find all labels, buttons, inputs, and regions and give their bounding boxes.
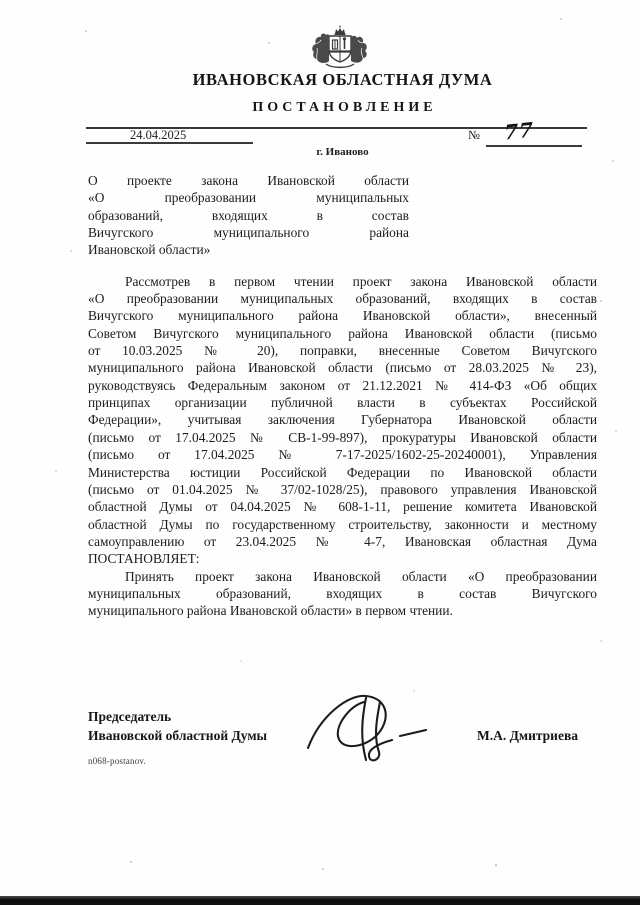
signer-position-line: Председатель — [88, 708, 267, 727]
title-line: «О преобразовании муниципальных — [88, 189, 409, 206]
number-sign-label: № — [468, 128, 480, 143]
paragraph-preamble: Рассмотрев в первом чтении проект закона… — [88, 273, 597, 568]
body-line: областной Думы от 04.04.2025 № 608-1-11,… — [88, 498, 597, 515]
body-line: (письмо от 17.04.2025 № СВ-1-99-897), пр… — [88, 429, 597, 446]
body-line: Министерства юстиции Российской Федераци… — [88, 464, 597, 481]
scan-edge-artifact — [0, 896, 640, 905]
scanned-document-page: ИВАНОВСКАЯ ОБЛАСТНАЯ ДУМА ПОСТАНОВЛЕНИЕ … — [0, 0, 640, 905]
body-line: областной Думы по государственному строи… — [88, 516, 597, 533]
paragraph-gap — [88, 259, 597, 273]
body-line: муниципального района Ивановской области… — [88, 359, 597, 376]
file-footnote: n068-postanov. — [88, 756, 146, 766]
date-underline — [86, 142, 253, 144]
document-date: 24.04.2025 — [130, 128, 186, 143]
body-line: Вичугского муниципального района Ивановс… — [88, 307, 597, 324]
document-body: О проекте закона Ивановской области «О п… — [88, 172, 597, 620]
organization-name: ИВАНОВСКАЯ ОБЛАСТНАЯ ДУМА — [88, 70, 597, 90]
coat-of-arms-icon — [304, 25, 376, 69]
body-line: Принять проект закона Ивановской области… — [88, 568, 597, 585]
body-line: от 10.03.2025 № 20), поправки, внесенные… — [88, 342, 597, 359]
body-line: Советом Вичугского муниципального района… — [88, 325, 597, 342]
body-line: Федерации», учитывая заключения Губернат… — [88, 411, 597, 428]
body-line: (письмо от 01.04.2025 № 37/02-1028/25), … — [88, 481, 597, 498]
title-line: Вичугского муниципального района — [88, 224, 409, 241]
body-line: самоуправлению от 23.04.2025 № 4-7, Иван… — [88, 533, 597, 550]
title-line: Ивановской области» — [88, 241, 409, 258]
body-line: Рассмотрев в первом чтении проект закона… — [88, 273, 597, 290]
signer-name: М.А. Дмитриева — [477, 728, 578, 744]
title-line: образований, входящих в состав — [88, 207, 409, 224]
document-type-title: ПОСТАНОВЛЕНИЕ — [88, 100, 597, 116]
body-line-resolves: ПОСТАНОВЛЯЕТ: — [88, 550, 597, 567]
document-place: г. Иваново — [88, 146, 597, 158]
document-number-handwritten: 77 — [504, 117, 534, 144]
title-line: О проекте закона Ивановской области — [88, 172, 409, 189]
document-title-block: О проекте закона Ивановской области «О п… — [88, 172, 409, 259]
handwritten-signature — [300, 686, 455, 771]
signer-position-line: Ивановской областной Думы — [88, 727, 267, 746]
body-line: принципах организации публичной власти в… — [88, 394, 597, 411]
body-line: муниципального района Ивановской области… — [88, 602, 597, 619]
body-line: (письмо от 17.04.2025 № 7-17-2025/1602-2… — [88, 446, 597, 463]
paragraph-resolution: Принять проект закона Ивановской области… — [88, 568, 597, 620]
body-line: «О преобразовании муниципальных образова… — [88, 290, 597, 307]
body-line: муниципальных образований, входящих в со… — [88, 585, 597, 602]
scan-noise-speckles — [0, 0, 2, 2]
signer-position: Председатель Ивановской областной Думы — [88, 708, 267, 745]
body-line: руководствуясь Федеральным законом от 21… — [88, 377, 597, 394]
